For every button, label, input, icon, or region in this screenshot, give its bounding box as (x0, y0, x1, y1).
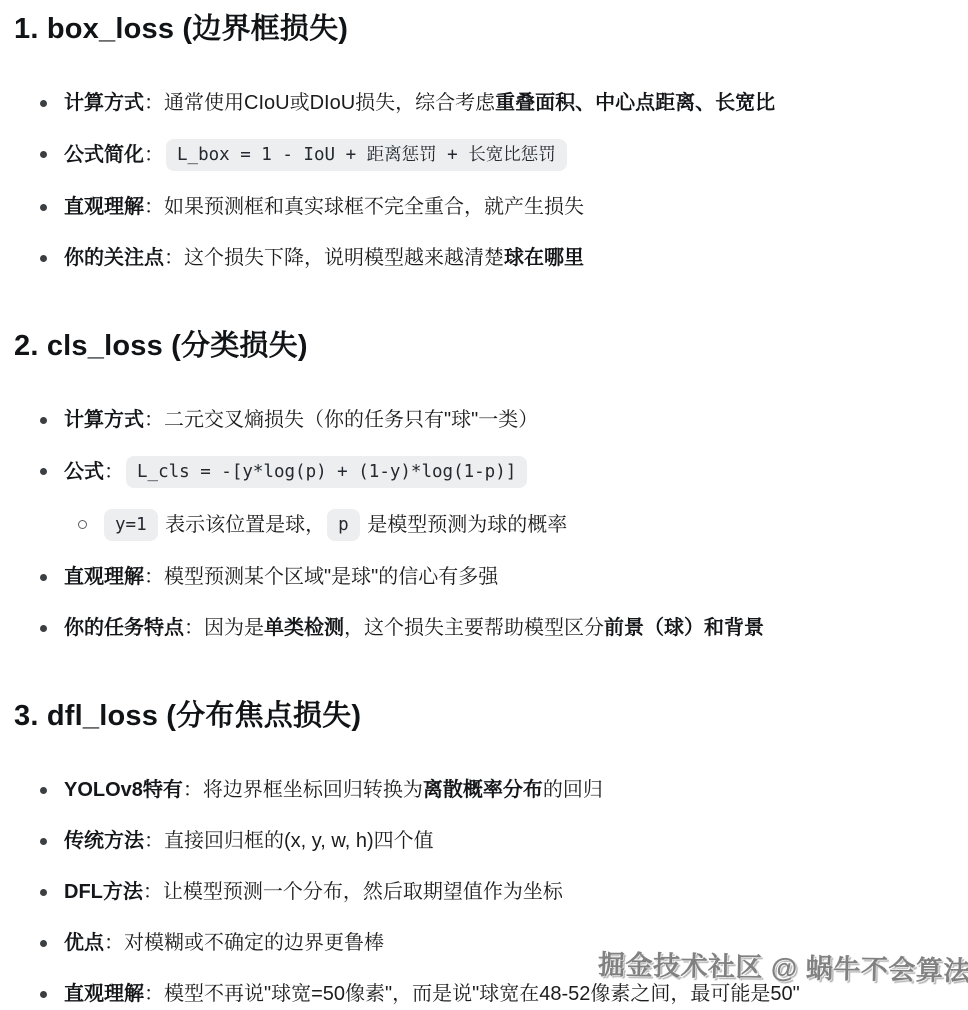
text-segment: 你的任务特点 (64, 617, 184, 639)
bullet-list-2: 计算方式：二元交叉熵损失（你的任务只有"球"一类）公式：L_cls = -[y*… (14, 405, 950, 643)
inline-code: p (327, 509, 360, 541)
text-segment: ：通常使用CIoU或DIoU损失，综合考虑 (144, 92, 495, 114)
document-body: 1. box_loss (边界框损失)计算方式：通常使用CIoU或DIoU损失，… (0, 0, 968, 1009)
bullet-item: 公式：L_cls = -[y*log(p) + (1-y)*log(1-p)] (38, 456, 950, 488)
text-segment: 前景（球）和背景 (604, 617, 764, 639)
section-heading-3: 3. dfl_loss (分布焦点损失) (14, 697, 950, 735)
bullet-item: 直观理解：如果预测框和真实球框不完全重合，就产生损失 (38, 192, 950, 222)
text-segment: 你的关注点 (64, 247, 164, 269)
bullet-item: 公式简化：L_box = 1 - IoU + 距离惩罚 + 长宽比惩罚 (38, 139, 950, 171)
sub-bullet-item: y=1 表示该位置是球，p 是模型预测为球的概率 (76, 509, 950, 541)
text-segment: 传统方法 (64, 830, 144, 852)
inline-code: y=1 (104, 509, 158, 541)
bullet-item: 优点：对模糊或不确定的边界更鲁棒 (38, 928, 950, 958)
bullet-list-3: YOLOv8特有：将边界框坐标回归转换为离散概率分布的回归传统方法：直接回归框的… (14, 775, 950, 1009)
text-segment: 公式简化 (64, 144, 144, 166)
text-segment: 单类检测 (264, 617, 344, 639)
bullet-item: 计算方式：通常使用CIoU或DIoU损失，综合考虑重叠面积、中心点距离、长宽比 (38, 88, 950, 118)
text-segment: 直观理解 (64, 196, 144, 218)
text-segment: ： (144, 144, 164, 166)
text-segment: 重叠面积、中心点距离、长宽比 (495, 92, 775, 114)
text-segment: ：将边界框坐标回归转换为 (183, 779, 423, 801)
text-segment: 球在哪里 (504, 247, 584, 269)
text-segment: ：二元交叉熵损失（你的任务只有"球"一类） (144, 409, 538, 431)
bullet-item: 直观理解：模型不再说"球宽=50像素"，而是说"球宽在48-52像素之间，最可能… (38, 979, 950, 1009)
text-segment: ：因为是 (184, 617, 264, 639)
text-segment: 的回归 (543, 779, 603, 801)
text-segment: ：直接回归框的(x, y, w, h)四个值 (144, 830, 434, 852)
bullet-item: 计算方式：二元交叉熵损失（你的任务只有"球"一类） (38, 405, 950, 435)
section-heading-1: 1. box_loss (边界框损失) (14, 10, 950, 48)
text-segment: 公式 (64, 461, 104, 483)
bullet-item: DFL方法：让模型预测一个分布，然后取期望值作为坐标 (38, 877, 950, 907)
bullet-item: YOLOv8特有：将边界框坐标回归转换为离散概率分布的回归 (38, 775, 950, 805)
text-segment: ：如果预测框和真实球框不完全重合，就产生损失 (144, 196, 584, 218)
text-segment: DFL方法 (64, 881, 143, 903)
text-segment: 直观理解 (64, 983, 144, 1005)
inline-code: L_box = 1 - IoU + 距离惩罚 + 长宽比惩罚 (166, 139, 567, 171)
text-segment: ：模型预测某个区域"是球"的信心有多强 (144, 566, 498, 588)
text-segment: 计算方式 (64, 92, 144, 114)
text-segment: ： (104, 461, 124, 483)
text-segment: 优点 (64, 932, 104, 954)
text-segment: ，这个损失主要帮助模型区分 (344, 617, 604, 639)
text-segment: 计算方式 (64, 409, 144, 431)
bullet-item: 直观理解：模型预测某个区域"是球"的信心有多强 (38, 562, 950, 592)
text-segment: 是模型预测为球的概率 (362, 514, 568, 536)
text-segment: 离散概率分布 (423, 779, 543, 801)
text-segment: ：对模糊或不确定的边界更鲁棒 (104, 932, 384, 954)
text-segment: ：模型不再说"球宽=50像素"，而是说"球宽在48-52像素之间，最可能是50" (144, 983, 800, 1005)
text-segment: YOLOv8特有 (64, 779, 183, 801)
text-segment: 表示该位置是球， (160, 514, 326, 536)
text-segment: ：让模型预测一个分布，然后取期望值作为坐标 (143, 881, 563, 903)
text-segment: 直观理解 (64, 566, 144, 588)
bullet-item: 你的任务特点：因为是单类检测，这个损失主要帮助模型区分前景（球）和背景 (38, 613, 950, 643)
section-heading-2: 2. cls_loss (分类损失) (14, 327, 950, 365)
text-segment: ：这个损失下降，说明模型越来越清楚 (164, 247, 504, 269)
bullet-item: 传统方法：直接回归框的(x, y, w, h)四个值 (38, 826, 950, 856)
inline-code: L_cls = -[y*log(p) + (1-y)*log(1-p)] (126, 456, 527, 488)
bullet-item: 你的关注点：这个损失下降，说明模型越来越清楚球在哪里 (38, 243, 950, 273)
bullet-list-1: 计算方式：通常使用CIoU或DIoU损失，综合考虑重叠面积、中心点距离、长宽比公… (14, 88, 950, 273)
